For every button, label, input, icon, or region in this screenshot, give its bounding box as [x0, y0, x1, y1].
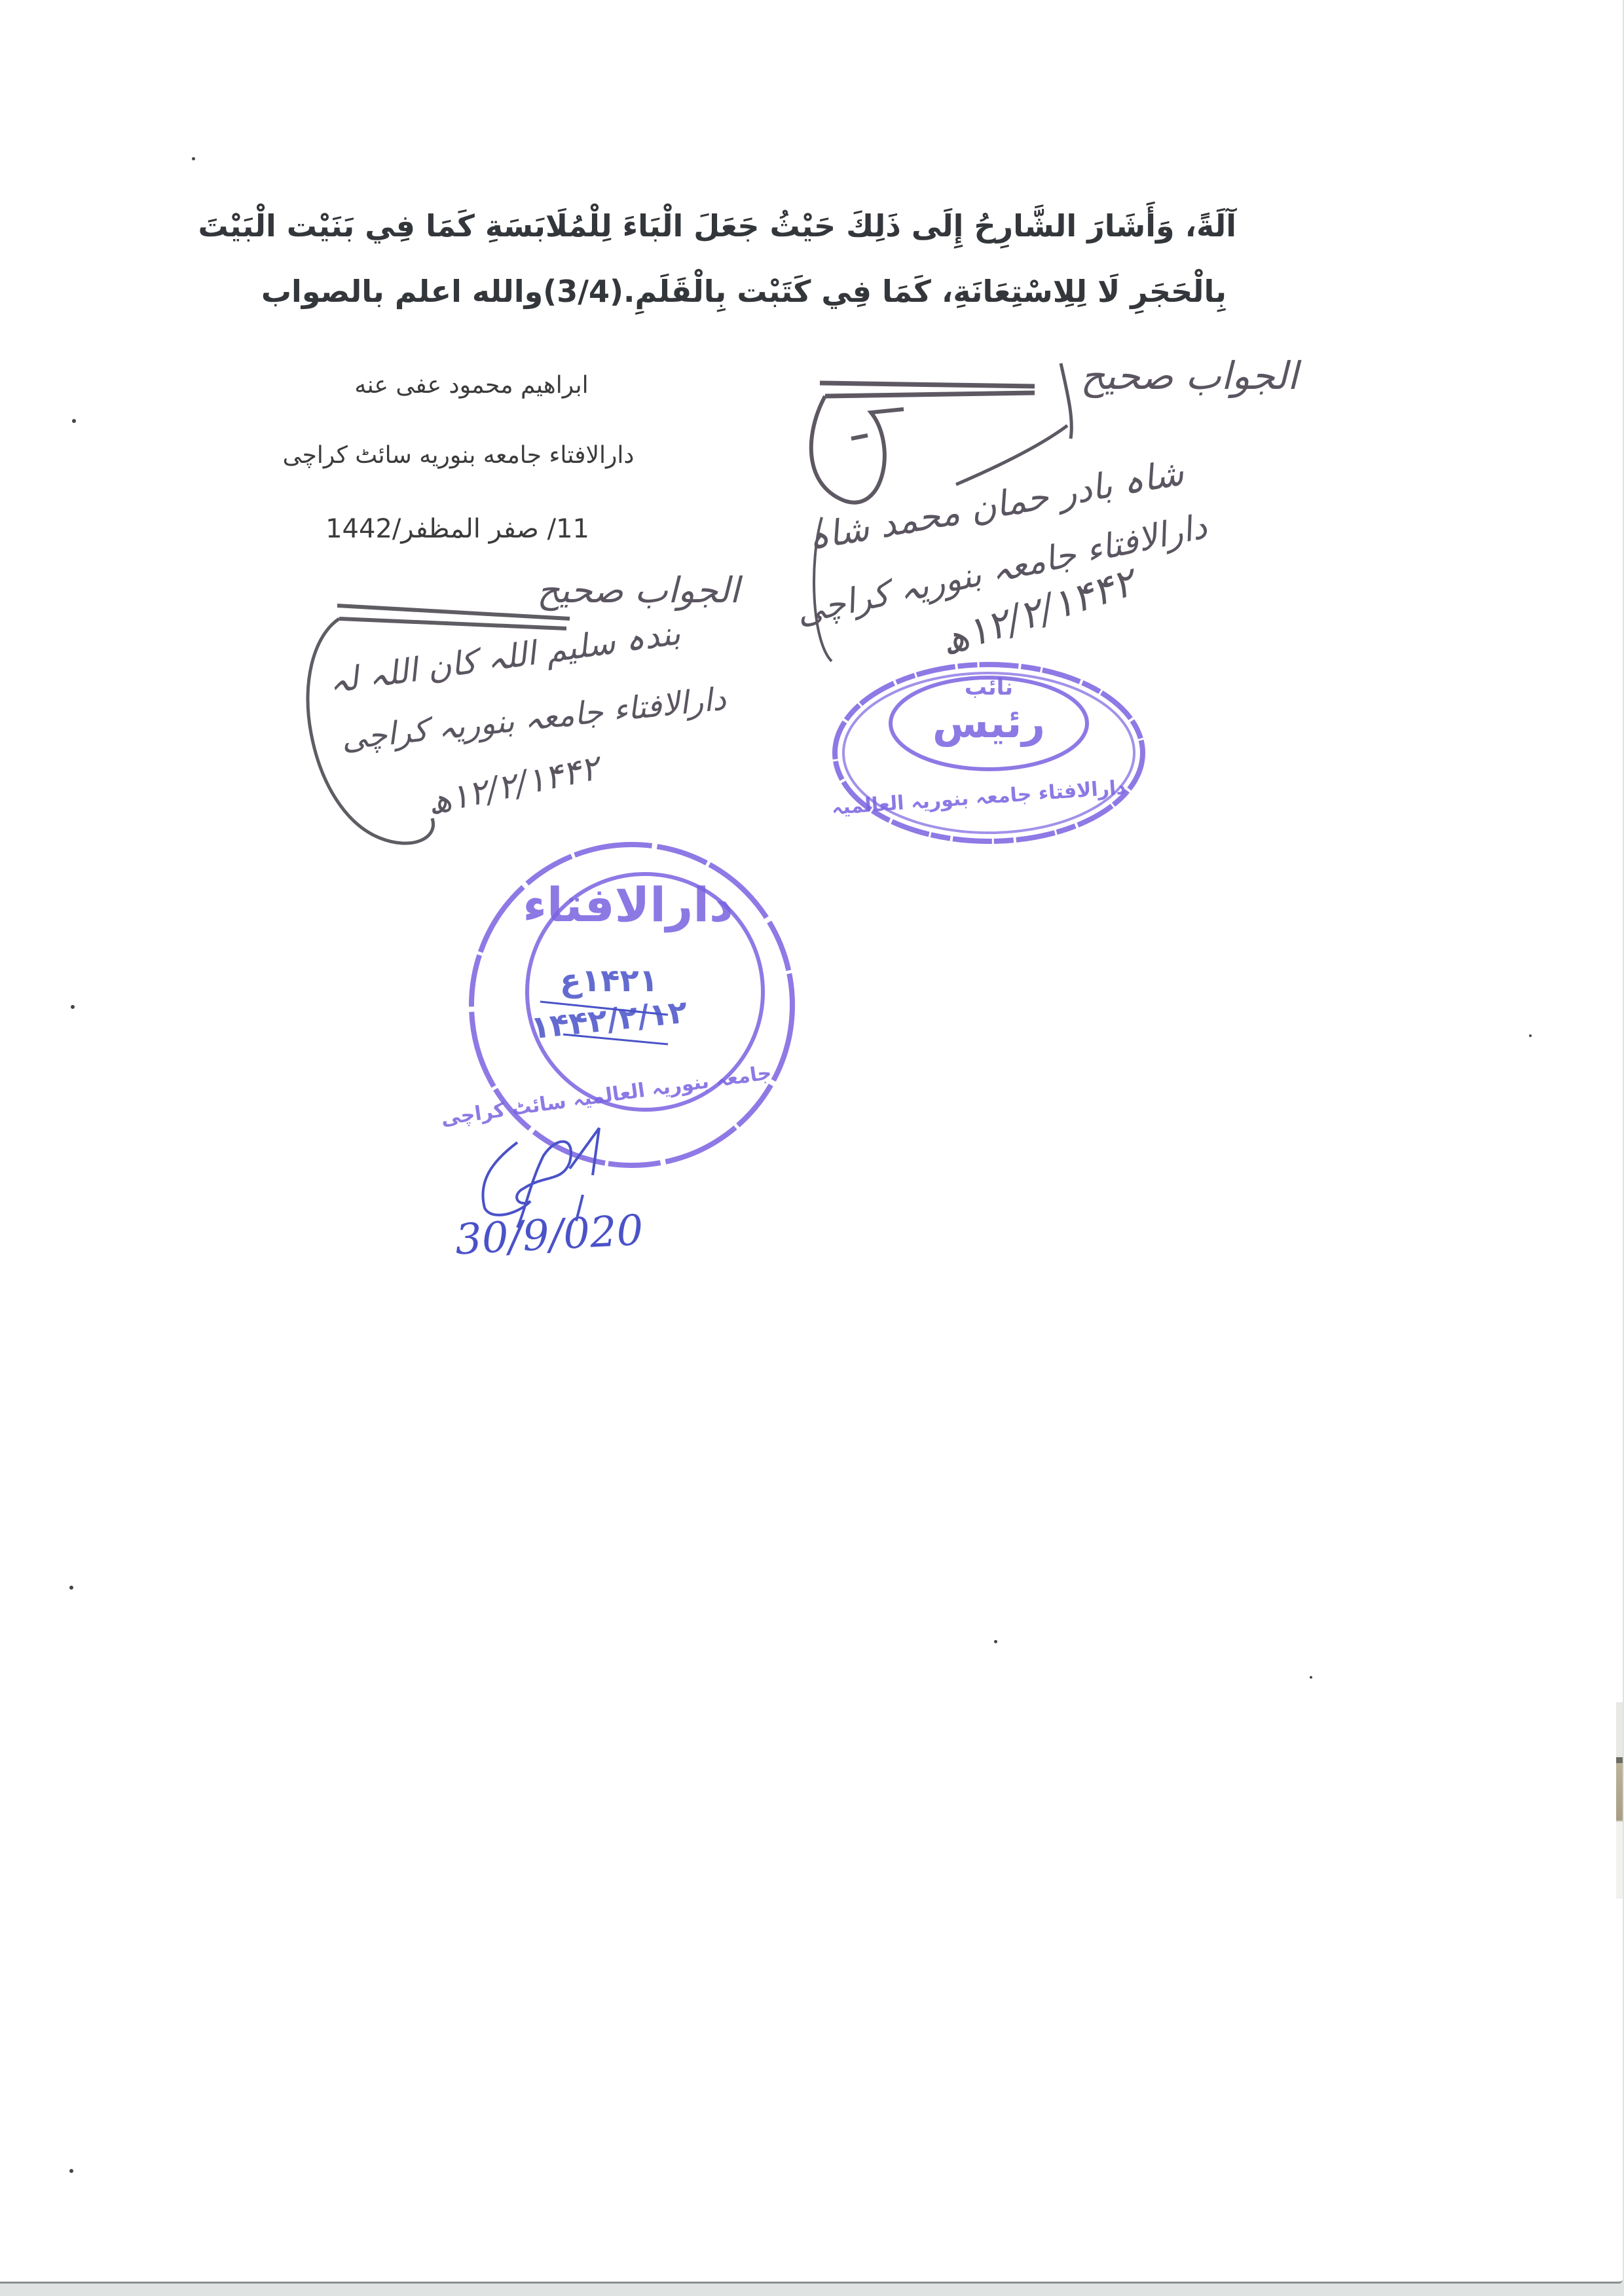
scan-edge-artifact — [1616, 1702, 1623, 1899]
author-institution: دارالافتاء جامعه بنوریه سائٹ کراچی — [282, 442, 635, 469]
scan-speck — [72, 419, 76, 423]
round-stamp-number: ۱۴۲۱ع — [544, 962, 674, 999]
author-date: 11/ صفر المظفر/1442 — [327, 514, 589, 544]
signature-date: 30/9/020 — [454, 1207, 644, 1265]
scan-speck — [192, 157, 195, 160]
body-text-line-1: آلَةً، وَأَشَارَ الشَّارِحُ إِلَى ذَلِكَ… — [198, 208, 1236, 244]
body-text-line-2: بِالْحَجَرِ لَا لِلِاسْتِعَانَةِ، كَمَا … — [261, 274, 1227, 309]
endorsement-left-heading: الجواب صحیح — [537, 570, 739, 611]
oval-stamp-title: رئیس — [917, 699, 1061, 747]
scan-speck — [1310, 1676, 1312, 1679]
scan-speck — [1529, 1034, 1532, 1037]
scan-speck — [69, 1586, 73, 1590]
author-name: ابراهیم محمود عفی عنه — [354, 372, 589, 399]
scan-speck — [69, 2169, 73, 2173]
round-stamp-title: دارالافتاء — [563, 877, 733, 932]
document-page: آلَةً، وَأَشَارَ الشَّارِحُ إِلَى ذَلِكَ… — [0, 0, 1623, 2284]
endorsement-right-heading: الجواب صحیح — [1080, 354, 1298, 398]
scan-speck — [994, 1640, 997, 1643]
oval-stamp-title-small: نائب — [943, 674, 1035, 701]
scan-speck — [71, 1005, 75, 1009]
